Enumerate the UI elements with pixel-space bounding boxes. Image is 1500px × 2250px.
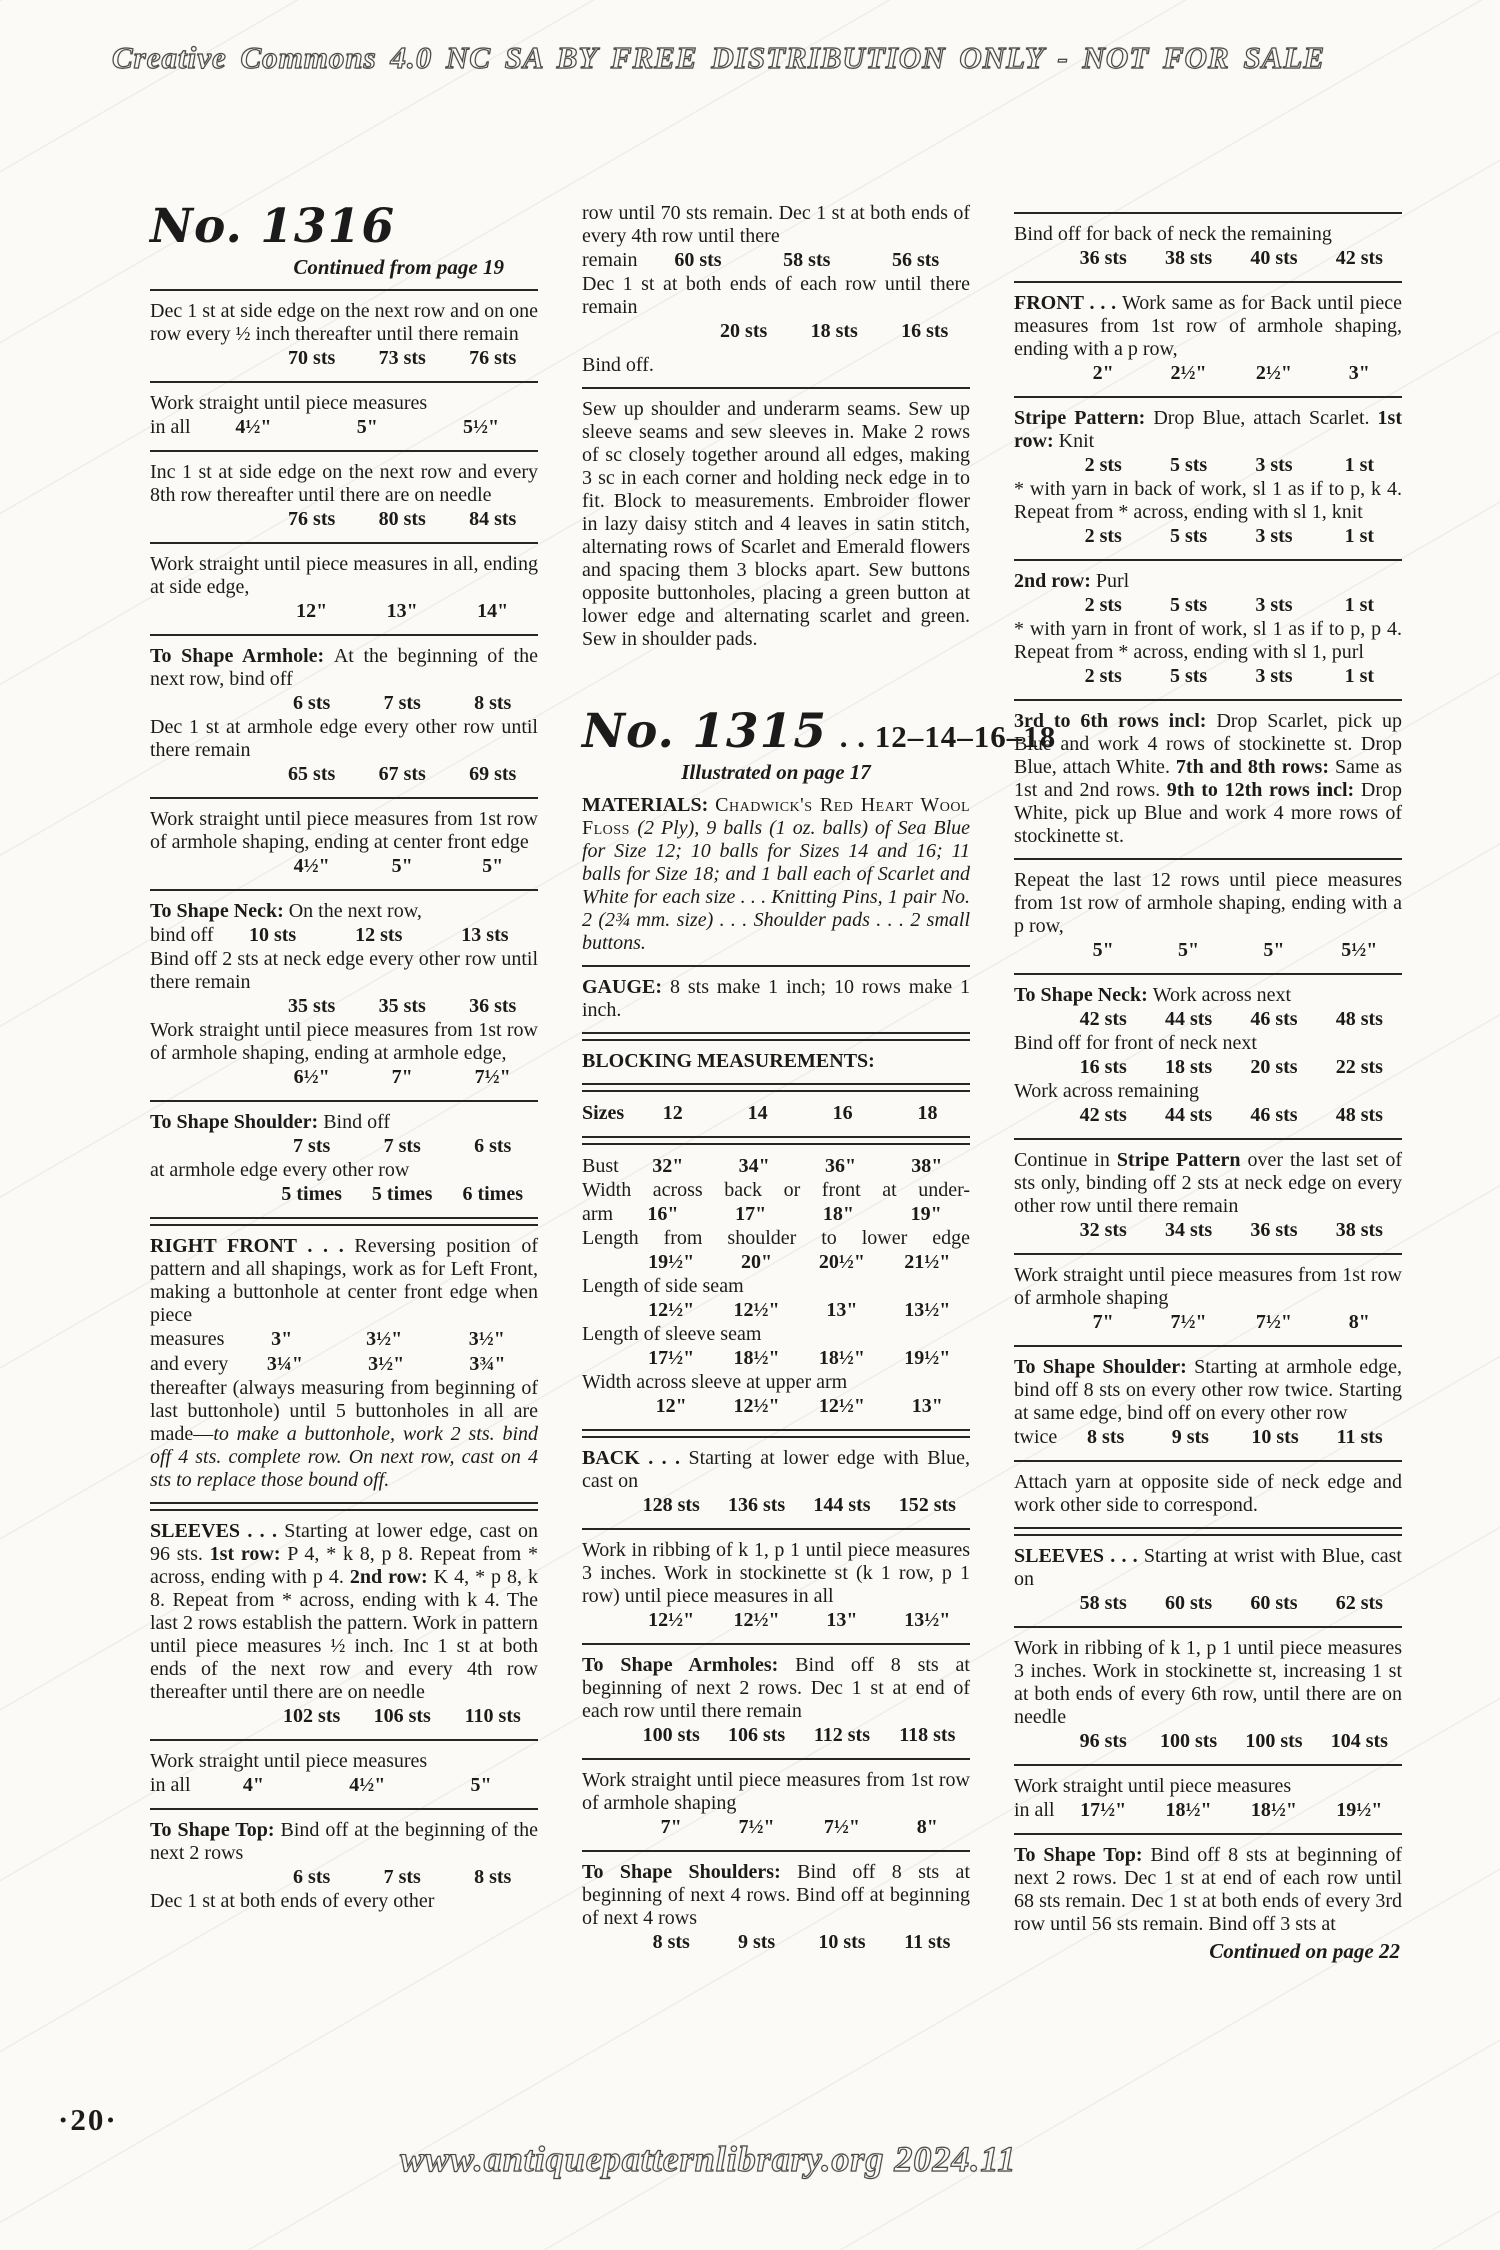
section-rule [1014,1253,1402,1255]
text-segment: Work straight until piece measures from … [1014,1264,1402,1309]
column-left: No. 1316Continued from page 19Dec 1 st a… [150,202,538,1964]
size-value: 10 sts [1233,1426,1318,1449]
pattern-paragraph: Work straight until piece measures from … [582,1769,970,1815]
size-value: 11 sts [885,1931,970,1954]
size-value: 20" [714,1251,799,1274]
size-value: 14" [447,600,538,623]
pattern-paragraph: Bind off. [582,354,970,377]
size-value: 17½" [1061,1799,1146,1822]
size-value: 9 sts [1148,1426,1233,1449]
pattern-paragraph: 3rd to 6th rows incl: Drop Scarlet, pick… [1014,710,1402,848]
pattern-paragraph: Continue in Stripe Pattern over the last… [1014,1149,1402,1218]
size-value: 136 sts [714,1494,799,1517]
size-values-row: 76 sts80 sts84 sts [150,507,538,532]
pattern-paragraph: Work in ribbing of k 1, p 1 until piece … [582,1539,970,1608]
pattern-paragraph: 2nd row: Purl [1014,570,1402,593]
size-value: 8 sts [1063,1426,1148,1449]
size-value: 12 [630,1102,715,1125]
size-value: 2½" [1231,362,1316,385]
text-segment: Width across sleeve at upper arm [582,1371,847,1393]
license-notice: Creative Commons 4.0 NC SA BY FREE DISTR… [112,40,1012,76]
text-segment: To Shape Neck: [1014,984,1153,1006]
section-rule [1014,396,1402,398]
size-value: 36 sts [447,995,538,1018]
size-value: 8" [885,1816,970,1839]
size-value: 13½" [885,1299,970,1322]
text-segment: Bind off [323,1111,390,1133]
text-segment: Length of sleeve seam [582,1323,761,1345]
pattern-paragraph: Length from shoulder to lower edge [582,1227,970,1250]
pattern-paragraph: Work straight until piece measures [150,1750,538,1773]
section-rule [582,1429,970,1438]
size-values-row: measures3"3½"3½" [150,1327,538,1352]
size-value: 128 sts [629,1494,714,1517]
size-value: 1 st [1317,525,1402,548]
text-segment: SLEEVES . . . [1014,1545,1144,1567]
section-rule [150,797,538,799]
size-value: 17½" [629,1347,714,1370]
text-segment: 2nd row: [350,1566,434,1588]
pattern-paragraph: Bind off for front of neck next [1014,1032,1402,1055]
size-values-row: 20 sts18 sts16 sts [582,319,970,344]
section-rule [150,634,538,636]
size-values-row: 19½"20"20½"21½" [582,1250,970,1275]
size-value: 104 sts [1317,1730,1402,1753]
size-value: 2 sts [1061,665,1146,688]
section-rule [1014,559,1402,561]
size-value: 5 sts [1146,594,1231,617]
size-value: 9 sts [714,1931,799,1954]
text-segment: (2 Ply), 9 balls (1 oz. balls) of Sea Bl… [582,817,970,954]
text-segment: Dec 1 st at both ends of each row until … [582,273,970,318]
size-value: 60 sts [1146,1592,1231,1615]
pattern-number: No. 1316 [150,199,395,254]
section-rule [150,1502,538,1511]
pattern-paragraph: Work straight until piece measures from … [150,808,538,854]
text-segment: Work in ribbing of k 1, p 1 until piece … [1014,1637,1402,1728]
section-rule [150,381,538,383]
size-value: 2" [1061,362,1146,385]
text-segment: Attach yarn at opposite side of neck edg… [1014,1471,1402,1516]
pattern-paragraph: To Shape Armholes: Bind off 8 sts at beg… [582,1654,970,1723]
pattern-paragraph: row until 70 sts remain. Dec 1 st at bot… [582,202,970,248]
pattern-subtitle: Continued from page 19 [150,255,538,279]
section-rule [150,450,538,452]
size-value: 6 times [447,1183,538,1206]
size-value: 100 sts [1146,1730,1231,1753]
section-rule [1014,1764,1402,1766]
size-row-label: Bust [582,1155,619,1178]
size-value: 20 sts [1231,1056,1316,1079]
size-values-row: 6½"7"7½" [150,1065,538,1090]
text-segment: Sew up shoulder and underarm seams. Sew … [582,398,970,650]
size-value: 62 sts [1317,1592,1402,1615]
section-rule [1014,1460,1402,1462]
size-value: 5 sts [1146,665,1231,688]
pattern-paragraph: thereafter (always measuring from beginn… [150,1377,538,1492]
text-segment: Work straight until piece measures from … [150,1019,538,1064]
text-segment: 2nd row: [1014,570,1096,592]
size-value: 58 sts [752,249,861,272]
section-rule [582,1083,970,1092]
text-segment: 1st row: [210,1543,288,1565]
pattern-paragraph: Dec 1 st at both ends of each row until … [582,273,970,319]
size-value: 110 sts [447,1705,538,1728]
size-values-row: 42 sts44 sts46 sts48 sts [1014,1103,1402,1128]
size-value: 18" [795,1203,883,1226]
size-values-row: 36 sts38 sts40 sts42 sts [1014,246,1402,271]
size-value: 1 st [1317,454,1402,477]
column-middle: row until 70 sts remain. Dec 1 st at bot… [582,202,970,1964]
text-segment: SLEEVES . . . [150,1520,284,1542]
size-value: 2 sts [1061,594,1146,617]
section-rule [582,1136,970,1145]
section-rule [1014,858,1402,860]
pattern-paragraph: Bind off 2 sts at neck edge every other … [150,948,538,994]
text-segment: MATERIALS: [582,794,715,816]
size-value: 2 sts [1061,454,1146,477]
size-value: 32" [625,1155,711,1178]
size-value: 4½" [266,855,357,878]
size-value: 48 sts [1317,1104,1402,1127]
size-row-label: and every [150,1353,228,1376]
size-value: 1 st [1317,665,1402,688]
section-rule [582,1528,970,1530]
text-segment: On the next row, [289,900,422,922]
size-values-row: 17½"18½"18½"19½" [582,1346,970,1371]
section-rule [1014,1626,1402,1628]
pattern-paragraph: * with yarn in front of work, sl 1 as if… [1014,618,1402,664]
size-values-row: Bust32"34"36"38" [582,1154,970,1179]
size-value: 1 st [1317,594,1402,617]
size-value: 7 sts [266,1135,357,1158]
text-segment: Work across remaining [1014,1080,1199,1102]
text-segment: Bind off. [582,354,654,376]
pattern-paragraph: GAUGE: 8 sts make 1 inch; 10 rows make 1… [582,976,970,1022]
pattern-paragraph: BLOCKING MEASUREMENTS: [582,1050,970,1073]
size-row-label: in all [1014,1799,1055,1822]
size-value: 18 [885,1102,970,1125]
text-segment: Bind off 2 sts at neck edge every other … [150,948,538,993]
size-value: 2 sts [1061,525,1146,548]
text-segment: FRONT . . . [1014,292,1122,314]
text-segment: * with yarn in back of work, sl 1 as if … [1014,478,1402,523]
size-row-label: in all [150,1774,191,1797]
text-segment: Work straight until piece measures [150,1750,427,1772]
pattern-paragraph: Inc 1 st at side edge on the next row an… [150,461,538,507]
size-value: 102 sts [266,1705,357,1728]
size-value: 2½" [1146,362,1231,385]
size-values-row: and every3¼"3½"3¾" [150,1352,538,1377]
pattern-columns: No. 1316Continued from page 19Dec 1 st a… [150,202,1402,1964]
text-segment: at armhole edge every other row [150,1159,409,1181]
size-value: 3" [1317,362,1402,385]
size-value: 76 sts [447,347,538,370]
size-value: 21½" [885,1251,970,1274]
section-rule [582,1032,970,1041]
size-value: 8" [1317,1311,1402,1334]
size-values-row: 16 sts18 sts20 sts22 sts [1014,1055,1402,1080]
text-segment: Dec 1 st at side edge on the next row an… [150,300,538,345]
size-values-row: 102 sts106 sts110 sts [150,1704,538,1729]
continued-note: Continued on page 22 [1014,1939,1402,1964]
text-segment: Inc 1 st at side edge on the next row an… [150,461,538,506]
size-row-label: in all [150,416,191,439]
size-value: 144 sts [799,1494,884,1517]
size-values-row: in all17½"18½"18½"19½" [1014,1798,1402,1823]
size-value: 16" [619,1203,707,1226]
size-value: 60 sts [644,249,753,272]
text-segment: Work straight until piece measures [1014,1775,1291,1797]
text-segment: Bind off for back of neck the remaining [1014,223,1332,245]
size-values-row: 6 sts7 sts8 sts [150,691,538,716]
size-values-row: Sizes12141618 [582,1101,970,1126]
size-values-row: 58 sts60 sts60 sts62 sts [1014,1591,1402,1616]
text-segment: Continue in [1014,1149,1117,1171]
pattern-paragraph: Dec 1 st at both ends of every other [150,1890,538,1913]
pattern-paragraph: To Shape Armhole: At the beginning of th… [150,645,538,691]
text-segment: Work straight until piece measures in al… [150,553,538,598]
size-value: 3½" [336,1353,437,1376]
size-values-row: 4½"5"5" [150,854,538,879]
size-values-row: 12"12½"12½"13" [582,1394,970,1419]
size-value: 67 sts [357,763,448,786]
size-values-row: 5"5"5"5½" [1014,938,1402,963]
size-values-row: in all4"4½"5" [150,1773,538,1798]
size-value: 6 sts [266,692,357,715]
size-value: 118 sts [885,1724,970,1747]
size-values-row: 2 sts5 sts3 sts1 st [1014,524,1402,549]
size-value: 18½" [799,1347,884,1370]
size-values-row: 96 sts100 sts100 sts104 sts [1014,1729,1402,1754]
size-value: 16 [800,1102,885,1125]
size-value: 106 sts [714,1724,799,1747]
pattern-paragraph: Stripe Pattern: Drop Blue, attach Scarle… [1014,407,1402,453]
text-segment: * with yarn in front of work, sl 1 as if… [1014,618,1402,663]
size-value: 7 sts [357,1135,448,1158]
pattern-paragraph: To Shape Shoulder: Starting at armhole e… [1014,1356,1402,1425]
size-value: 5" [447,855,538,878]
size-value: 65 sts [266,763,357,786]
size-value: 36" [797,1155,883,1178]
size-value: 60 sts [1231,1592,1316,1615]
size-values-row: 6 sts7 sts8 sts [150,1865,538,1890]
text-segment: Dec 1 st at both ends of every other [150,1890,434,1912]
size-row-label: bind off [150,924,214,947]
footer-credit: www.antiquepatternlibrary.org 2024.11 [400,2138,1016,2180]
pattern-paragraph: To Shape Top: Bind off 8 sts at beginnin… [1014,1844,1402,1936]
text-segment: BACK . . . [582,1447,688,1469]
size-value: 12½" [799,1395,884,1418]
pattern-subtitle: Illustrated on page 17 [582,760,970,784]
size-value: 38 sts [1146,247,1231,270]
size-value: 34" [711,1155,797,1178]
size-row-label: remain [582,249,638,272]
size-value: 8 sts [447,1866,538,1889]
pattern-paragraph: Work straight until piece measures [1014,1775,1402,1798]
pattern-paragraph: Dec 1 st at armhole edge every other row… [150,716,538,762]
size-value: 5 sts [1146,525,1231,548]
size-value: 44 sts [1146,1104,1231,1127]
section-rule [1014,1138,1402,1140]
size-values-row: 128 sts136 sts144 sts152 sts [582,1493,970,1518]
size-value: 5" [424,1774,538,1797]
size-values-row: 70 sts73 sts76 sts [150,346,538,371]
size-value: 7" [629,1816,714,1839]
pattern-paragraph: BACK . . . Starting at lower edge with B… [582,1447,970,1493]
pattern-paragraph: Work in ribbing of k 1, p 1 until piece … [1014,1637,1402,1729]
section-rule [582,1758,970,1760]
text-segment: Length from shoulder to lower edge [582,1227,970,1249]
text-segment: Bind off for front of neck next [1014,1032,1257,1054]
size-value: 20½" [799,1251,884,1274]
text-segment: BLOCKING MEASUREMENTS: [582,1050,875,1072]
size-value: 13" [885,1395,970,1418]
section-rule [150,1217,538,1226]
size-value: 10 sts [799,1931,884,1954]
size-value: 7" [357,1066,448,1089]
pattern-paragraph: Work straight until piece measures from … [1014,1264,1402,1310]
size-values-row: 12"13"14" [150,599,538,624]
size-value: 14 [715,1102,800,1125]
size-value: 5½" [1317,939,1402,962]
text-segment: To Shape Shoulder: [1014,1356,1194,1378]
section-rule [1014,973,1402,975]
pattern-title: No. 1316 [150,202,538,251]
size-values-row: in all4½"5"5½" [150,415,538,440]
size-value: 20 sts [698,320,789,343]
text-segment: Stripe Pattern: [1014,407,1153,429]
size-value: 3" [230,1328,333,1351]
section-rule [1014,1345,1402,1347]
size-value: 76 sts [266,508,357,531]
size-value: 42 sts [1317,247,1402,270]
size-value: 5½" [424,416,538,439]
pattern-paragraph: Work straight until piece measures from … [150,1019,538,1065]
size-value: 40 sts [1231,247,1316,270]
size-value: 16 sts [1061,1056,1146,1079]
size-value: 36 sts [1231,1219,1316,1242]
size-values-row: 32 sts34 sts36 sts38 sts [1014,1218,1402,1243]
size-value: 18½" [1231,1799,1316,1822]
size-value: 13 sts [432,924,538,947]
text-segment: Work straight until piece measures from … [582,1769,970,1814]
size-value: 58 sts [1061,1592,1146,1615]
size-value: 46 sts [1231,1104,1316,1127]
text-segment: Repeat the last 12 rows until piece meas… [1014,869,1402,937]
size-values-row: remain60 sts58 sts56 sts [582,248,970,273]
size-value: 44 sts [1146,1008,1231,1031]
size-value: 70 sts [266,347,357,370]
size-value: 4" [197,1774,311,1797]
size-value: 3½" [333,1328,436,1351]
size-value: 13" [799,1609,884,1632]
pattern-paragraph: To Shape Shoulders: Bind off 8 sts at be… [582,1861,970,1930]
size-value: 10 sts [220,924,326,947]
pattern-paragraph: SLEEVES . . . Starting at lower edge, ca… [150,1520,538,1704]
size-value: 12½" [714,1299,799,1322]
size-value: 73 sts [357,347,448,370]
size-value: 18 sts [789,320,880,343]
size-value: 5" [1231,939,1316,962]
size-value: 7" [1061,1311,1146,1334]
size-value: 112 sts [799,1724,884,1747]
text-segment: Work in ribbing of k 1, p 1 until piece … [582,1539,970,1607]
size-value: 12" [629,1395,714,1418]
text-segment: Purl [1096,570,1129,592]
size-values-row: 7"7½"7½"8" [582,1815,970,1840]
pattern-paragraph: To Shape Top: Bind off at the beginning … [150,1819,538,1865]
section-rule [582,965,970,967]
size-row-label: measures [150,1328,224,1351]
text-segment: Knit [1059,430,1095,452]
size-value: 8 sts [447,692,538,715]
section-rule [582,1850,970,1852]
size-value: 106 sts [357,1705,448,1728]
size-value: 19½" [1317,1799,1402,1822]
size-values-row: 65 sts67 sts69 sts [150,762,538,787]
size-value: 5" [357,855,448,878]
size-value: 18½" [1146,1799,1231,1822]
size-value: 7½" [1231,1311,1316,1334]
size-values-row: bind off10 sts12 sts13 sts [150,923,538,948]
size-values-row: 12½"12½"13"13½" [582,1608,970,1633]
pattern-paragraph: Width across back or front at under- [582,1179,970,1202]
size-value: 12" [266,600,357,623]
text-segment: Stripe Pattern [1117,1149,1241,1171]
section-rule [1014,281,1402,283]
text-segment: To Shape Armhole: [150,645,334,667]
size-value: 3 sts [1231,454,1316,477]
spacer [582,651,970,707]
pattern-paragraph: Bind off for back of neck the remaining [1014,223,1402,246]
size-value: 35 sts [266,995,357,1018]
size-value: 34 sts [1146,1219,1231,1242]
size-values-row: twice8 sts9 sts10 sts11 sts [1014,1425,1402,1450]
size-value: 35 sts [357,995,448,1018]
section-rule [150,1739,538,1741]
size-value: 5 sts [1146,454,1231,477]
size-value: 38" [884,1155,970,1178]
size-value: 5" [310,416,424,439]
size-values-row: 100 sts106 sts112 sts118 sts [582,1723,970,1748]
size-value: 7½" [799,1816,884,1839]
size-values-row: 2 sts5 sts3 sts1 st [1014,664,1402,689]
size-values-row: arm16"17"18"19" [582,1202,970,1227]
pattern-paragraph: * with yarn in back of work, sl 1 as if … [1014,478,1402,524]
size-value: 12½" [714,1395,799,1418]
section-rule [1014,699,1402,701]
text-segment: 7th and 8th rows: [1176,756,1335,778]
size-value: 18½" [714,1347,799,1370]
size-value: 3¾" [437,1353,538,1376]
size-values-row: 42 sts44 sts46 sts48 sts [1014,1007,1402,1032]
size-values-row: 2 sts5 sts3 sts1 st [1014,593,1402,618]
size-value: 13½" [885,1609,970,1632]
pattern-paragraph: Length of side seam [582,1275,970,1298]
size-value: 19½" [885,1347,970,1370]
size-row-label: arm [582,1203,613,1226]
text-segment: To Shape Top: [150,1819,281,1841]
size-value: 38 sts [1317,1219,1402,1242]
size-values-row: 7 sts7 sts6 sts [150,1134,538,1159]
pattern-paragraph: Width across sleeve at upper arm [582,1371,970,1394]
page-number: ·20· [58,2102,118,2138]
pattern-paragraph: Repeat the last 12 rows until piece meas… [1014,869,1402,938]
text-segment: Dec 1 st at armhole edge every other row… [150,716,538,761]
pattern-paragraph: Length of sleeve seam [582,1323,970,1346]
size-value: 6½" [266,1066,357,1089]
